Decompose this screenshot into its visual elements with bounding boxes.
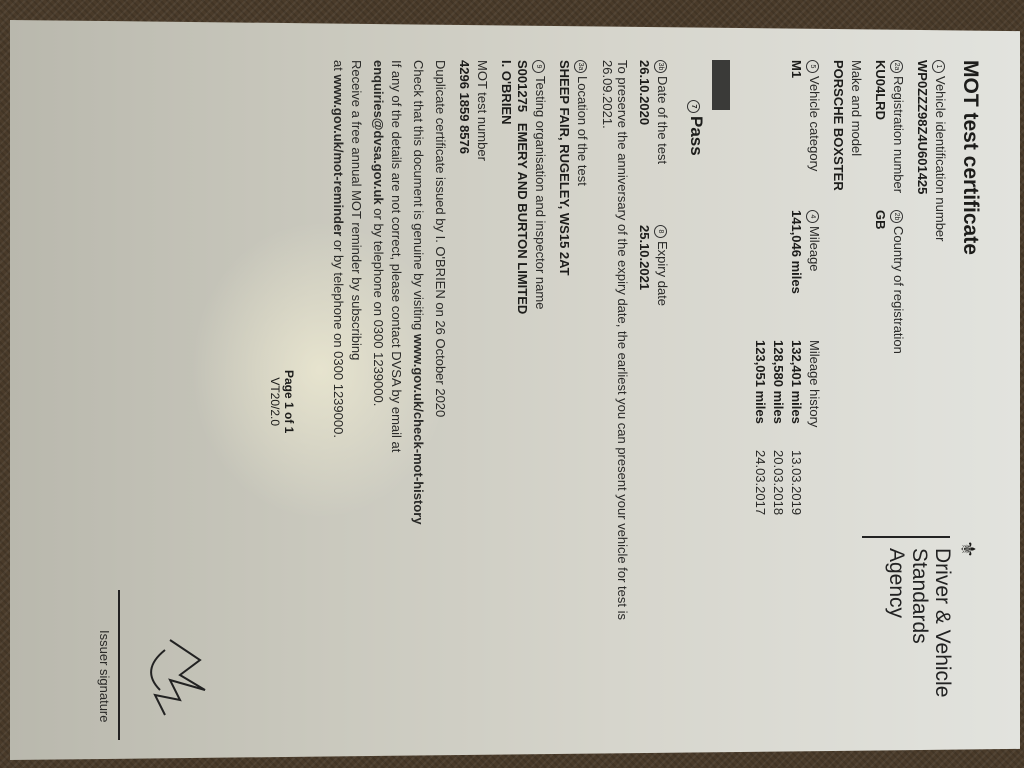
agency-name: Driver & Vehicle Standards Agency xyxy=(885,548,954,697)
mileage-history-date-1: 20.03.2018 xyxy=(771,450,786,515)
test-number-value: 4296 1859 8576 xyxy=(457,60,472,154)
vin-value: WP0ZZZ98Z4U601425 xyxy=(915,60,930,194)
country-value: GB xyxy=(873,210,888,230)
check-note: Check that this document is genuine by v… xyxy=(411,60,426,525)
expiry-date-value: 25.10.2021 xyxy=(637,225,652,290)
page-footer: Page 1 of 1 VT20/2.0 xyxy=(268,370,296,433)
registration-label: 2aRegistration number xyxy=(890,60,906,193)
reminder-note-line2: at www.gov.uk/mot-reminder or by telepho… xyxy=(331,60,346,438)
vin-label: 1Vehicle identification number xyxy=(932,60,948,242)
test-result: 7Pass xyxy=(686,100,706,156)
mileage-value: 141,046 miles xyxy=(789,210,804,294)
make-model-value: PORSCHE BOXSTER xyxy=(831,60,846,191)
mileage-label: 4Mileage xyxy=(806,210,822,272)
mileage-history-date-0: 13.03.2019 xyxy=(789,450,804,515)
mileage-history-label: Mileage history xyxy=(807,340,822,427)
test-number-label: MOT test number xyxy=(475,60,490,161)
reminder-note-line1: Receive a free annual MOT reminder by su… xyxy=(349,60,364,360)
signature-label: Issuer signature xyxy=(97,630,112,723)
mot-reminder-link[interactable]: www.gov.uk/mot-reminder xyxy=(331,74,346,236)
dvsa-email-link[interactable]: enquiries@dvsa.gov.uk xyxy=(371,60,386,205)
page-number: Page 1 of 1 xyxy=(282,370,296,433)
mileage-history-date-2: 24.03.2017 xyxy=(753,450,768,515)
make-model-label: Make and model xyxy=(849,60,864,156)
country-label: 2bCountry of registration xyxy=(890,210,906,354)
redacted-block xyxy=(712,60,730,110)
agency-divider xyxy=(862,536,950,538)
form-version: VT20/2.0 xyxy=(268,370,282,433)
anniversary-note: To preserve the anniversary of the expir… xyxy=(600,60,630,660)
mileage-history-miles-2: 123,051 miles xyxy=(753,340,768,424)
contact-note-line2: enquiries@dvsa.gov.uk or by telephone on… xyxy=(371,60,386,406)
duplicate-note: Duplicate certificate issued by I. O'BRI… xyxy=(433,60,448,417)
tester-org: S001275 EMERY AND BURTON LIMITED xyxy=(515,60,530,314)
signature-scribble-icon xyxy=(130,620,210,730)
test-date-value: 26.10.2020 xyxy=(637,60,652,125)
test-date-label: 3bDate of the test xyxy=(654,60,670,164)
expiry-date-label: 8Expiry date xyxy=(654,225,670,306)
mot-certificate-page: MOT test certificate 1Vehicle identifica… xyxy=(40,40,1000,760)
location-value: SHEEP FAIR, RUGELEY, WS15 2AT xyxy=(557,60,572,276)
contact-note-line1: If any of the details are not correct, p… xyxy=(389,60,404,452)
check-mot-history-link[interactable]: www.gov.uk/check-mot-history xyxy=(411,334,426,525)
mileage-history-miles-1: 128,580 miles xyxy=(771,340,786,424)
royal-crest-icon: ⚜ xyxy=(955,540,980,558)
category-label: 5Vehicle category xyxy=(806,60,822,171)
registration-value: KU04LRD xyxy=(873,60,888,120)
document-title: MOT test certificate xyxy=(958,60,982,255)
location-label: 3aLocation of the test xyxy=(574,60,590,186)
tester-inspector: I. O'BRIEN xyxy=(499,60,514,125)
mileage-history-miles-0: 132,401 miles xyxy=(789,340,804,424)
signature-line xyxy=(118,590,120,740)
category-value: M1 xyxy=(789,60,804,78)
issuer-signature xyxy=(125,620,210,730)
tester-label: 9Testing organisation and inspector name xyxy=(532,60,548,309)
